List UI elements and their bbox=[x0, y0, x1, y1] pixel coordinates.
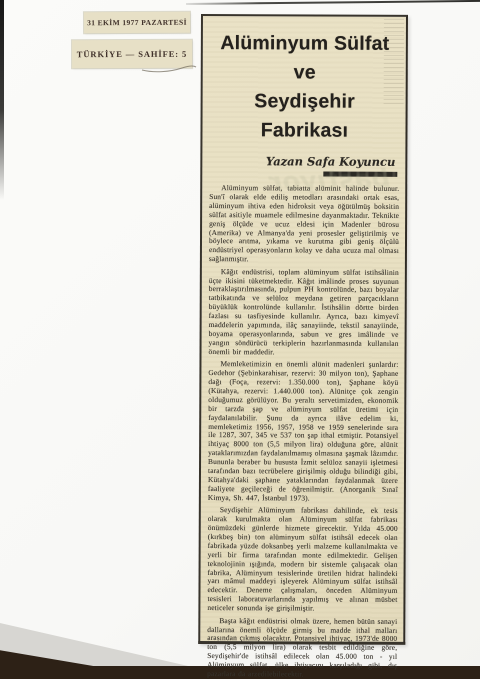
byline-underline-bar bbox=[323, 172, 397, 177]
scan-edge-top bbox=[186, 0, 480, 5]
pencil-scribble-mark bbox=[140, 60, 198, 74]
article-paragraph: Memleketimizin en önemli alünit madenler… bbox=[208, 360, 399, 503]
scanned-page: 31 EKİM 1977 PAZARTESİ TÜRKİYE — SAHİFE:… bbox=[0, 0, 480, 679]
article-byline: Yazan Safa Koyuncu bbox=[209, 154, 399, 169]
print-through-column bbox=[384, 19, 404, 107]
article-body: Alüminyum sülfat, tabiatta alüminit hali… bbox=[207, 184, 399, 679]
article-paragraph: Kâğıt endüstrisi, toplam alüminyum sülfa… bbox=[209, 268, 399, 358]
newspaper-clipping: bastıyor Alüminyum Sülfat ve Seydişehir … bbox=[198, 14, 408, 645]
article-paragraph: Seydişehir Alüminyum fabrikası dahilinde… bbox=[207, 506, 397, 614]
scan-edge-left bbox=[0, 0, 4, 200]
article-paragraph: Alüminyum sülfat, tabiatta alüminit hali… bbox=[209, 184, 399, 265]
article-title-line1: Alüminyum Sülfat ve bbox=[210, 29, 400, 88]
article-paragraph: Başta kâğıt endüstrisi olmak üzere, heme… bbox=[207, 617, 397, 679]
article-title-line2: Seydişehir Fabrikası bbox=[209, 87, 399, 146]
article-title: Alüminyum Sülfat ve Seydişehir Fabrikası bbox=[209, 29, 400, 146]
date-stamp: 31 EKİM 1977 PAZARTESİ bbox=[84, 12, 190, 34]
